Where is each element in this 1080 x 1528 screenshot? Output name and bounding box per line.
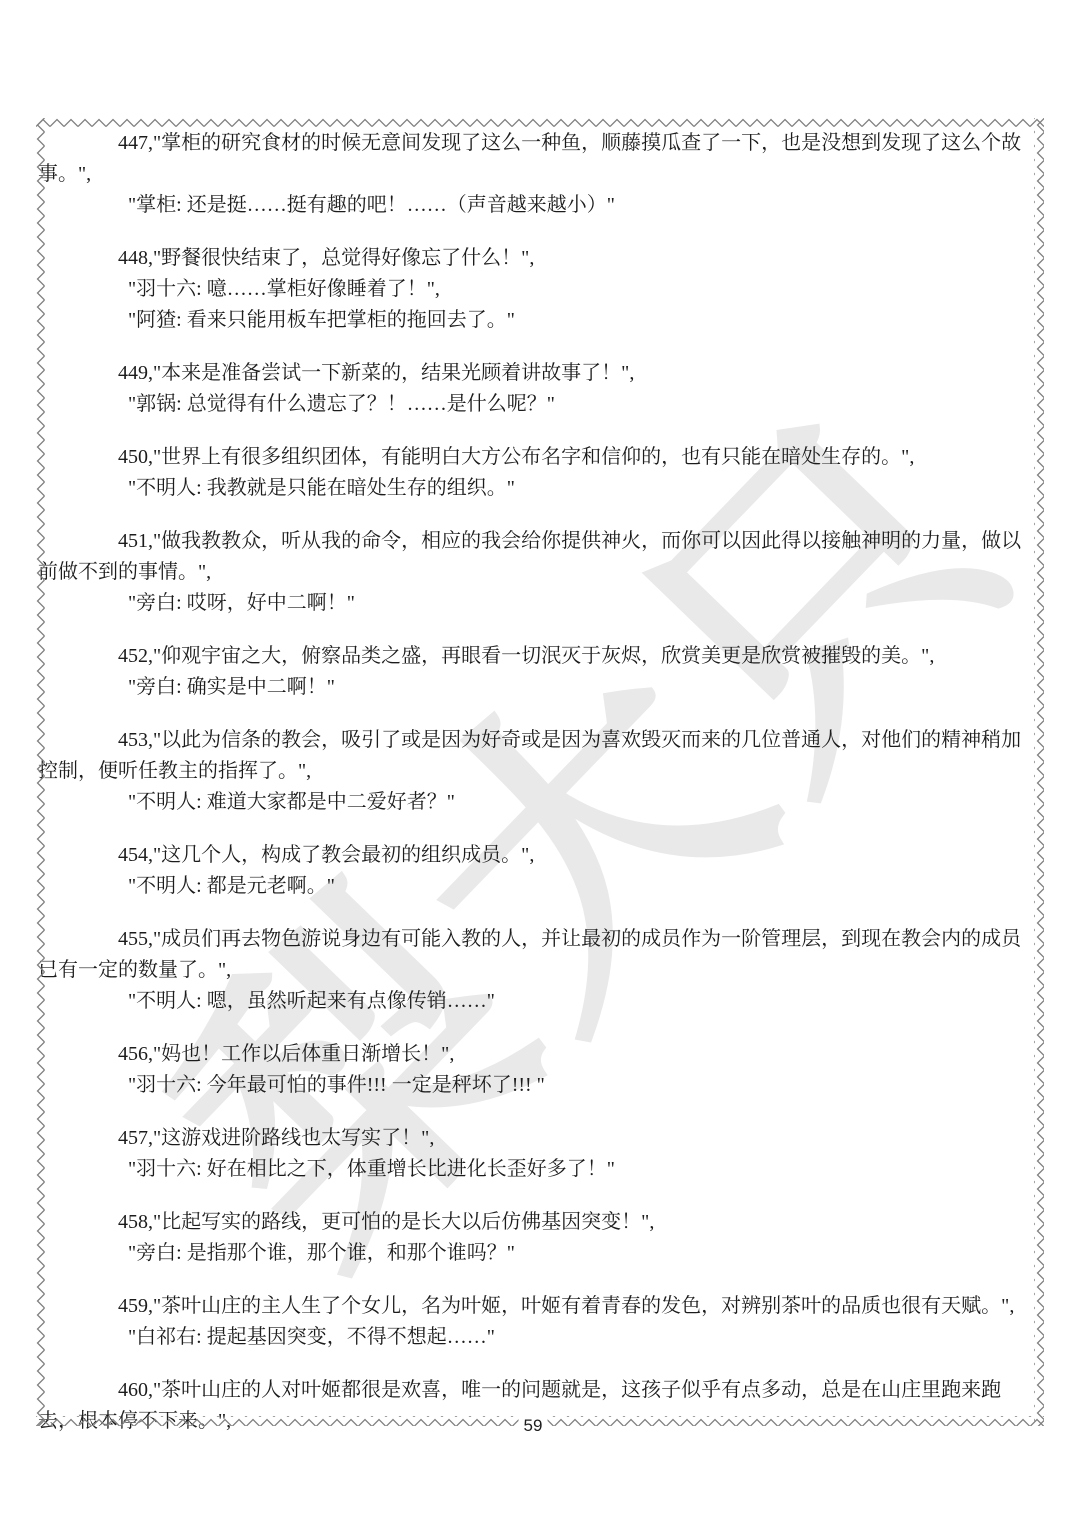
- entry-narration-line: 451,"做我教教众，听从我的命令，相应的我会给你提供神火，而你可以因此得以接触…: [38, 526, 1038, 588]
- entry-dialogue-line: "阿猹: 看来只能用板车把掌柜的拖回去了。": [38, 305, 1038, 336]
- entry: 448,"野餐很快结束了，总觉得好像忘了什么！","羽十六: 噫……掌柜好像睡着…: [38, 243, 1038, 336]
- entry-narration-line: 458,"比起写实的路线，更可怕的是长大以后仿佛基因突变！",: [38, 1207, 1038, 1238]
- entry: 457,"这游戏进阶路线也太写实了！","羽十六: 好在相比之下，体重增长比进化…: [38, 1123, 1038, 1185]
- entry-dialogue-line: "掌柜: 还是挺……挺有趣的吧！……（声音越来越小）": [38, 190, 1038, 221]
- entry-narration-line: 452,"仰观宇宙之大，俯察品类之盛，再眼看一切泯灭于灰烬，欣赏美更是欣赏被摧毁…: [38, 641, 1038, 672]
- entry: 451,"做我教教众，听从我的命令，相应的我会给你提供神火，而你可以因此得以接触…: [38, 526, 1038, 619]
- entry-dialogue-line: "旁白: 是指那个谁，那个谁，和那个谁吗？": [38, 1238, 1038, 1269]
- entry-dialogue-line: "羽十六: 今年最可怕的事件!!! 一定是秤坏了!!! ": [38, 1070, 1038, 1101]
- entry: 452,"仰观宇宙之大，俯察品类之盛，再眼看一切泯灭于灰烬，欣赏美更是欣赏被摧毁…: [38, 641, 1038, 703]
- entry-narration-line: 455,"成员们再去物色游说身边有可能入教的人，并让最初的成员作为一阶管理层，到…: [38, 924, 1038, 986]
- entry: 453,"以此为信条的教会，吸引了或是因为好奇或是因为喜欢毁灭而来的几位普通人，…: [38, 725, 1038, 818]
- entry-narration-line: 448,"野餐很快结束了，总觉得好像忘了什么！",: [38, 243, 1038, 274]
- entry: 459,"茶叶山庄的主人生了个女儿，名为叶姬，叶姬有着青春的发色，对辨别茶叶的品…: [38, 1291, 1038, 1353]
- document-page: 梨大只 447,"掌柜的研究食材的时候无意间发现了这么一种鱼，顺藤摸瓜查了一下，…: [0, 0, 1080, 1528]
- entry-narration-line: 457,"这游戏进阶路线也太写实了！",: [38, 1123, 1038, 1154]
- entry: 449,"本来是准备尝试一下新菜的，结果光顾着讲故事了！","郭锅: 总觉得有什…: [38, 358, 1038, 420]
- entry-dialogue-line: "羽十六: 噫……掌柜好像睡着了！",: [38, 274, 1038, 305]
- entry-dialogue-line: "不明人: 都是元老啊。": [38, 871, 1038, 902]
- entry-dialogue-line: "不明人: 我教就是只能在暗处生存的组织。": [38, 473, 1038, 504]
- border-top-edge: [36, 118, 1044, 128]
- entry: 456,"妈也！工作以后体重日渐增长！","羽十六: 今年最可怕的事件!!! 一…: [38, 1039, 1038, 1101]
- entry-dialogue-line: "不明人: 嗯，虽然听起来有点像传销……": [38, 986, 1038, 1017]
- entry: 455,"成员们再去物色游说身边有可能入教的人，并让最初的成员作为一阶管理层，到…: [38, 924, 1038, 1017]
- entry-dialogue-line: "羽十六: 好在相比之下，体重增长比进化长歪好多了！": [38, 1154, 1038, 1185]
- entry-dialogue-line: "白祁右: 提起基因突变，不得不想起……": [38, 1322, 1038, 1353]
- entry-dialogue-line: "郭锅: 总觉得有什么遗忘了？！……是什么呢？": [38, 389, 1038, 420]
- entry-narration-line: 459,"茶叶山庄的主人生了个女儿，名为叶姬，叶姬有着青春的发色，对辨别茶叶的品…: [38, 1291, 1038, 1322]
- entry-narration-line: 447,"掌柜的研究食材的时候无意间发现了这么一种鱼，顺藤摸瓜查了一下，也是没想…: [38, 128, 1038, 190]
- entry-narration-line: 449,"本来是准备尝试一下新菜的，结果光顾着讲故事了！",: [38, 358, 1038, 389]
- entry-dialogue-line: "旁白: 确实是中二啊！": [38, 672, 1038, 703]
- entry: 458,"比起写实的路线，更可怕的是长大以后仿佛基因突变！","旁白: 是指那个…: [38, 1207, 1038, 1269]
- entry-dialogue-line: "旁白: 哎呀，好中二啊！": [38, 588, 1038, 619]
- entries: 447,"掌柜的研究食材的时候无意间发现了这么一种鱼，顺藤摸瓜查了一下，也是没想…: [38, 128, 1038, 1437]
- entry: 450,"世界上有很多组织团体，有能明白大方公布名字和信仰的，也有只能在暗处生存…: [38, 442, 1038, 504]
- entry-narration-line: 450,"世界上有很多组织团体，有能明白大方公布名字和信仰的，也有只能在暗处生存…: [38, 442, 1038, 473]
- entry-narration-line: 453,"以此为信条的教会，吸引了或是因为好奇或是因为喜欢毁灭而来的几位普通人，…: [38, 725, 1038, 787]
- entry-dialogue-line: "不明人: 难道大家都是中二爱好者？": [38, 787, 1038, 818]
- page-number: 59: [519, 1415, 548, 1437]
- entry-narration-line: 454,"这几个人，构成了教会最初的组织成员。",: [38, 840, 1038, 871]
- entry: 447,"掌柜的研究食材的时候无意间发现了这么一种鱼，顺藤摸瓜查了一下，也是没想…: [38, 128, 1038, 221]
- entry-narration-line: 456,"妈也！工作以后体重日渐增长！",: [38, 1039, 1038, 1070]
- entry: 454,"这几个人，构成了教会最初的组织成员。","不明人: 都是元老啊。": [38, 840, 1038, 902]
